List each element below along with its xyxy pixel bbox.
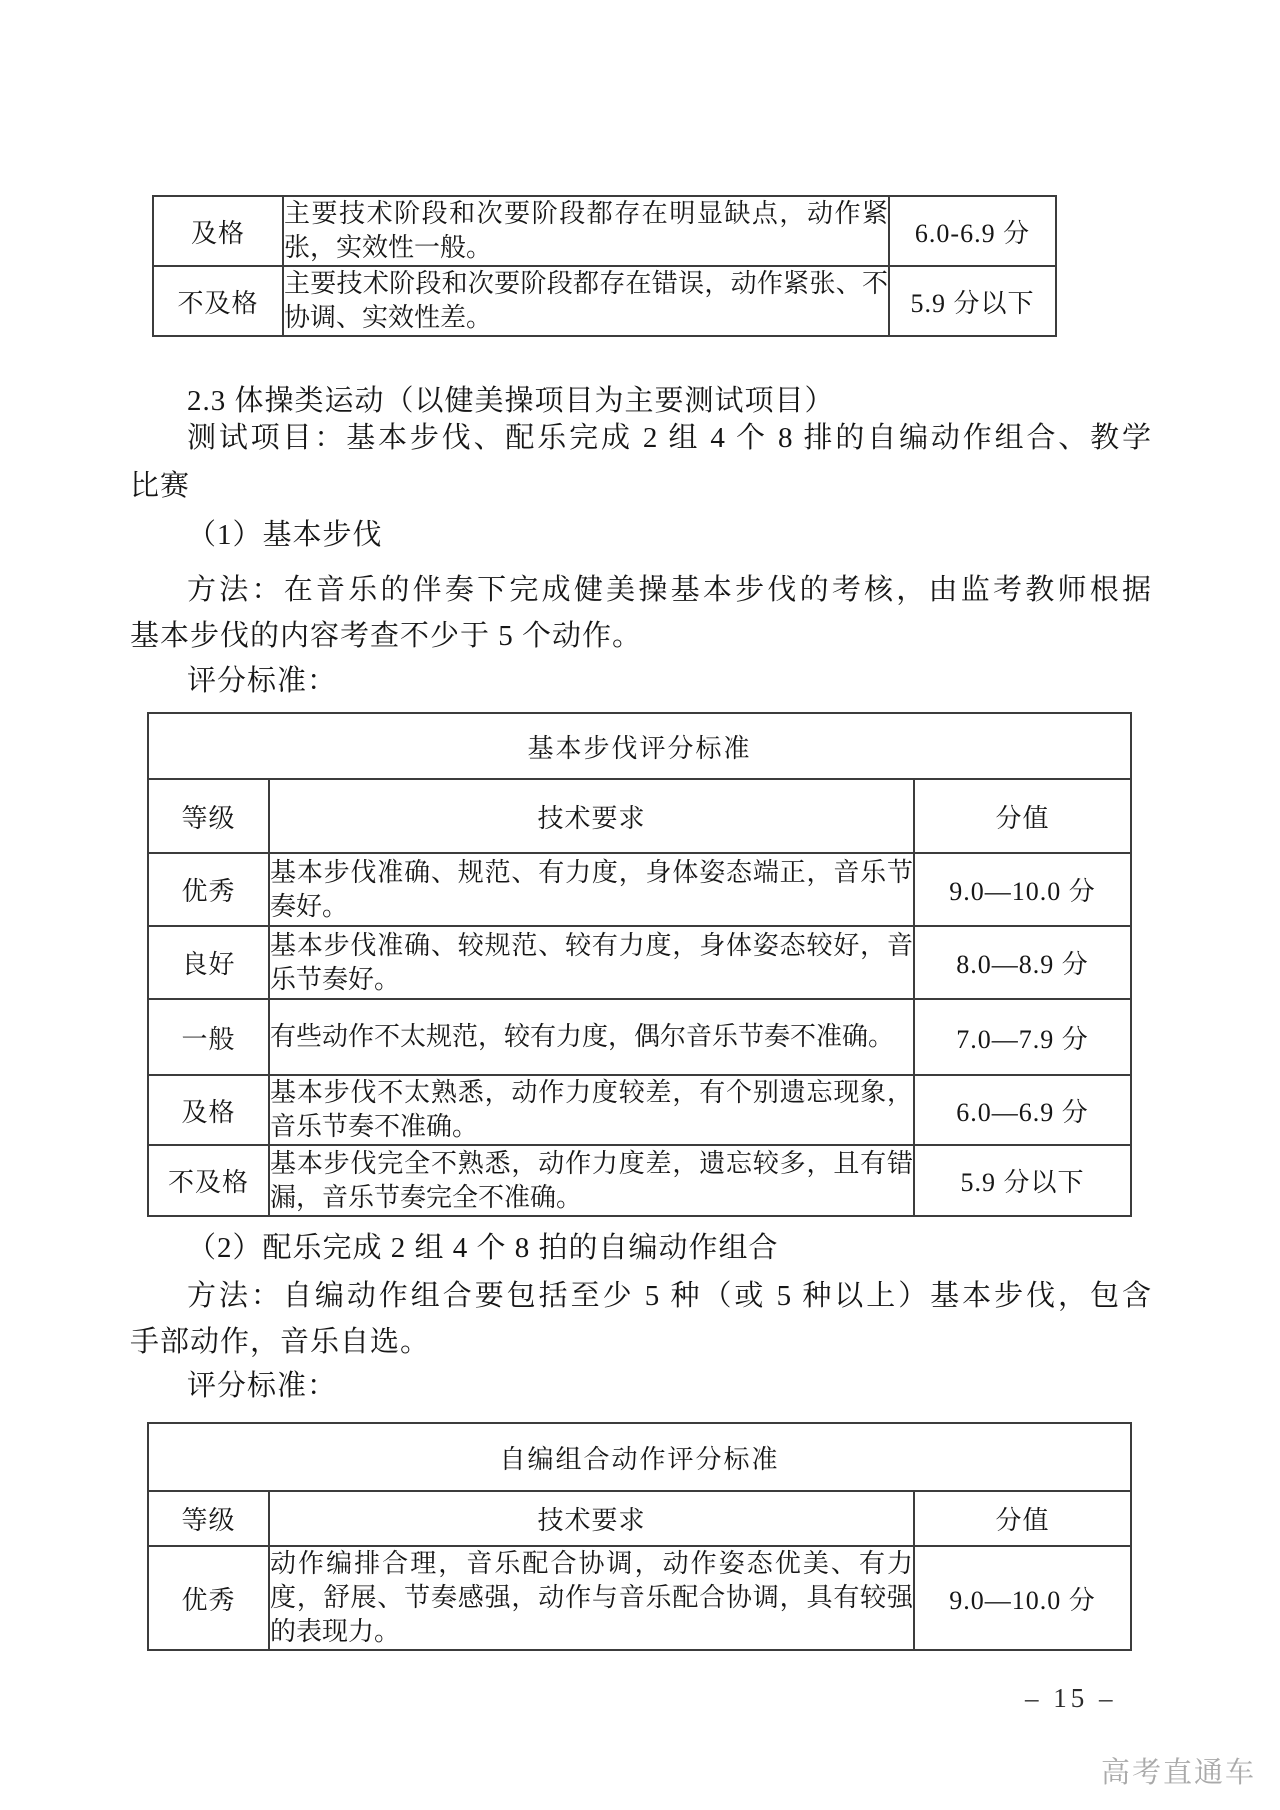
grade-cell: 一般 xyxy=(148,999,269,1075)
requirement-header: 技术要求 xyxy=(269,779,914,853)
score-cell: 9.0—10.0 分 xyxy=(914,853,1131,926)
requirement-cell: 基本步伐准确、规范、有力度，身体姿态端正，音乐节奏好。 xyxy=(269,853,914,926)
choreography-scoring-table: 自编组合动作评分标准 等级 技术要求 分值 优秀 动作编排合理，音乐配合协调，动… xyxy=(147,1422,1132,1651)
table-row: 一般 有些动作不太规范，较有力度，偶尔音乐节奏不准确。 7.0—7.9 分 xyxy=(148,999,1131,1075)
table-row: 不及格 基本步伐完全不熟悉，动作力度差，遗忘较多，且有错漏，音乐节奏完全不准确。… xyxy=(148,1145,1131,1216)
test-items-line-1: 测试项目：基本步伐、配乐完成 2 组 4 个 8 排的自编动作组合、教学 xyxy=(130,420,1152,457)
method-2-line-2: 手部动作，音乐自选。 xyxy=(130,1324,1152,1361)
document-page: 及格 主要技术阶段和次要阶段都存在明显缺点，动作紧张，实效性一般。 6.0-6.… xyxy=(0,0,1280,1810)
score-cell: 5.9 分以下 xyxy=(914,1145,1131,1216)
grade-cell: 及格 xyxy=(148,1075,269,1145)
requirement-cell: 有些动作不太规范，较有力度，偶尔音乐节奏不准确。 xyxy=(269,999,914,1075)
grade-header: 等级 xyxy=(148,779,269,853)
grade-cell: 及格 xyxy=(153,196,283,266)
page-number: – 15 – xyxy=(1025,1683,1117,1714)
watermark: 高考直通车 xyxy=(1101,1750,1256,1791)
subsection-2-heading: （2）配乐完成 2 组 4 个 8 拍的自编动作组合 xyxy=(130,1230,1152,1267)
table-row: 及格 主要技术阶段和次要阶段都存在明显缺点，动作紧张，实效性一般。 6.0-6.… xyxy=(153,196,1056,266)
table-title-row: 自编组合动作评分标准 xyxy=(148,1423,1131,1491)
score-cell: 5.9 分以下 xyxy=(889,266,1056,336)
table-row: 及格 基本步伐不太熟悉，动作力度较差，有个别遗忘现象，音乐节奏不准确。 6.0—… xyxy=(148,1075,1131,1145)
table-header-row: 等级 技术要求 分值 xyxy=(148,779,1131,853)
grade-cell: 优秀 xyxy=(148,1546,269,1650)
score-header: 分值 xyxy=(914,1491,1131,1546)
section-heading: 2.3 体操类运动（以健美操项目为主要测试项目） xyxy=(130,383,1152,420)
grade-cell: 优秀 xyxy=(148,853,269,926)
scoring-standard-label-1: 评分标准： xyxy=(130,663,1152,700)
method-1-line-1: 方法：在音乐的伴奏下完成健美操基本步伐的考核，由监考教师根据 xyxy=(130,572,1152,609)
score-cell: 8.0—8.9 分 xyxy=(914,926,1131,999)
test-items-line-2: 比赛 xyxy=(130,468,1152,505)
grade-cell: 不及格 xyxy=(153,266,283,336)
table-row: 不及格 主要技术阶段和次要阶段都存在错误，动作紧张、不协调、实效性差。 5.9 … xyxy=(153,266,1056,336)
requirement-cell: 动作编排合理，音乐配合协调，动作姿态优美、有力度，舒展、节奏感强，动作与音乐配合… xyxy=(269,1546,914,1650)
table-header-row: 等级 技术要求 分值 xyxy=(148,1491,1131,1546)
basic-steps-scoring-table: 基本步伐评分标准 等级 技术要求 分值 优秀 基本步伐准确、规范、有力度，身体姿… xyxy=(147,712,1132,1217)
table-title: 自编组合动作评分标准 xyxy=(148,1423,1131,1491)
table-row: 良好 基本步伐准确、较规范、较有力度，身体姿态较好，音乐节奏好。 8.0—8.9… xyxy=(148,926,1131,999)
method-2-line-1: 方法：自编动作组合要包括至少 5 种（或 5 种以上）基本步伐，包含 xyxy=(130,1278,1152,1315)
requirement-cell: 基本步伐准确、较规范、较有力度，身体姿态较好，音乐节奏好。 xyxy=(269,926,914,999)
subsection-1-heading: （1）基本步伐 xyxy=(130,517,1152,554)
previous-table-continuation: 及格 主要技术阶段和次要阶段都存在明显缺点，动作紧张，实效性一般。 6.0-6.… xyxy=(152,195,1057,337)
score-cell: 6.0-6.9 分 xyxy=(889,196,1056,266)
scoring-standard-label-2: 评分标准： xyxy=(130,1368,1152,1405)
method-1-line-2: 基本步伐的内容考查不少于 5 个动作。 xyxy=(130,618,1152,655)
table-title-row: 基本步伐评分标准 xyxy=(148,713,1131,779)
score-cell: 9.0—10.0 分 xyxy=(914,1546,1131,1650)
grade-cell: 良好 xyxy=(148,926,269,999)
table-row: 优秀 动作编排合理，音乐配合协调，动作姿态优美、有力度，舒展、节奏感强，动作与音… xyxy=(148,1546,1131,1650)
requirement-cell: 基本步伐不太熟悉，动作力度较差，有个别遗忘现象，音乐节奏不准确。 xyxy=(269,1075,914,1145)
requirement-cell: 主要技术阶段和次要阶段都存在错误，动作紧张、不协调、实效性差。 xyxy=(283,266,889,336)
grade-header: 等级 xyxy=(148,1491,269,1546)
grade-cell: 不及格 xyxy=(148,1145,269,1216)
requirement-cell: 基本步伐完全不熟悉，动作力度差，遗忘较多，且有错漏，音乐节奏完全不准确。 xyxy=(269,1145,914,1216)
table-row: 优秀 基本步伐准确、规范、有力度，身体姿态端正，音乐节奏好。 9.0—10.0 … xyxy=(148,853,1131,926)
score-header: 分值 xyxy=(914,779,1131,853)
score-cell: 7.0—7.9 分 xyxy=(914,999,1131,1075)
requirement-cell: 主要技术阶段和次要阶段都存在明显缺点，动作紧张，实效性一般。 xyxy=(283,196,889,266)
score-cell: 6.0—6.9 分 xyxy=(914,1075,1131,1145)
requirement-header: 技术要求 xyxy=(269,1491,914,1546)
table-title: 基本步伐评分标准 xyxy=(148,713,1131,779)
